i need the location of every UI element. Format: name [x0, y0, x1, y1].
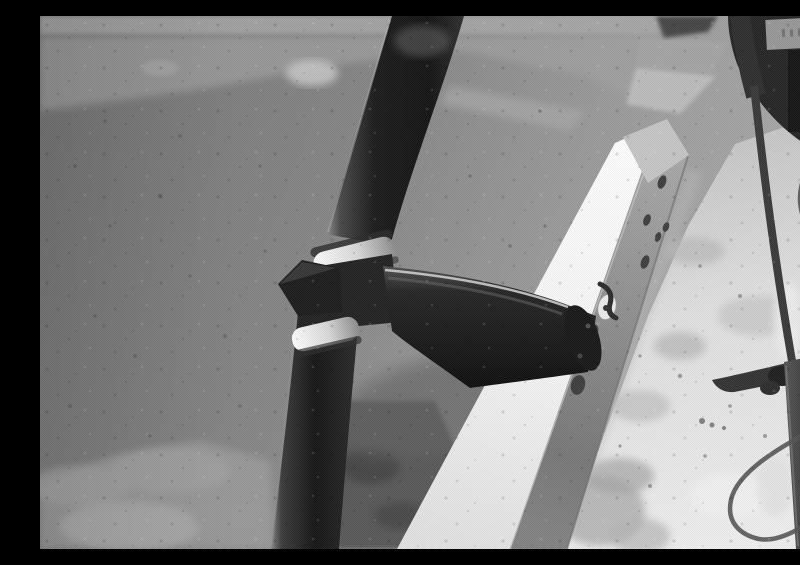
photo-grain-overlay: [40, 16, 800, 549]
photo-canvas: [40, 16, 800, 549]
vignette: [40, 16, 800, 549]
photo-frame: [40, 16, 800, 549]
